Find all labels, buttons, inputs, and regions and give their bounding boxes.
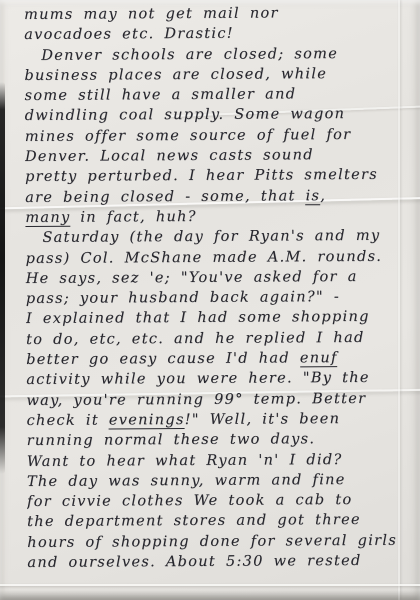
line-text: pass; your husband back again?" - (26, 289, 340, 307)
letter-line: better go easy cause I'd had enuf (26, 348, 418, 371)
letter-line: and ourselves. About 5:30 we rested (27, 551, 419, 574)
letter-line: hours of shopping done for several girls (27, 530, 419, 553)
letter-line: way, you're running 99° temp. Better (26, 388, 418, 411)
underlined-word: is (305, 188, 320, 205)
letter-line: He says, sez 'e; "You've asked for a (26, 266, 418, 289)
line-text: are being closed - some, that (25, 188, 305, 206)
letter-line: many in fact, huh? (25, 206, 417, 229)
letter-line: mums may not get mail nor (24, 3, 416, 26)
letter-line: activity while you were here. "By the (26, 368, 418, 391)
underlined-word: enuf (300, 350, 338, 367)
letter-line: for civvie clothes We took a cab to (27, 490, 419, 513)
letter-line: Want to hear what Ryan 'n' I did? (27, 449, 419, 472)
letter-scan-page: mums may not get mail noravocadoes etc. … (0, 0, 420, 600)
letter-line: the department stores and got three (27, 510, 419, 533)
line-text: in fact, huh? (70, 209, 196, 226)
line-text: check it (26, 412, 108, 429)
letter-line: dwindling coal supply. Some wagon (25, 104, 417, 127)
line-text: dwindling coal supply. Some wagon (25, 107, 346, 125)
line-text: and ourselves. About 5:30 we rested (27, 553, 361, 571)
letter-line: are being closed - some, that is, (25, 185, 417, 208)
letter-line: avocadoes etc. Drastic! (24, 23, 416, 46)
letter-body: mums may not get mail noravocadoes etc. … (24, 3, 419, 574)
letter-line: Saturday (the day for Ryan's and my (25, 226, 417, 249)
letter-line: pass) Col. McShane made A.M. rounds. (25, 246, 417, 269)
underlined-word: many (25, 210, 70, 227)
line-text: to do, etc, etc. and he replied I had (26, 330, 365, 348)
line-text: The day was sunny, warm and fine (27, 472, 346, 490)
line-text: Denver. Local news casts sound (25, 147, 314, 165)
letter-line: pass; your husband back again?" - (26, 287, 418, 310)
line-text: He says, sez 'e; "You've asked for a (26, 269, 358, 287)
letter-line: check it evenings!" Well, it's been (26, 409, 418, 432)
line-text: hours of shopping done for several girls (27, 532, 397, 550)
letter-line: mines offer some source of fuel for (25, 124, 417, 147)
line-text: some still have a smaller and (25, 87, 297, 105)
line-text: !" Well, it's been (185, 411, 341, 428)
crease-bottom (0, 584, 420, 586)
line-text: better go easy cause I'd had (26, 350, 300, 368)
letter-line: I explained that I had some shopping (26, 307, 418, 330)
line-text: Saturday (the day for Ryan's and my (42, 228, 380, 246)
letter-line: The day was sunny, warm and fine (27, 469, 419, 492)
line-text: I explained that I had some shopping (26, 309, 370, 327)
line-text: mines offer some source of fuel for (25, 127, 352, 145)
line-text: for civvie clothes We took a cab to (27, 492, 353, 510)
line-text: mums may not get mail nor (24, 5, 279, 23)
line-text: pretty perturbed. I hear Pitts smelters (25, 167, 378, 185)
letter-line: running normal these two days. (27, 429, 419, 452)
underlined-word: evenings (109, 412, 185, 429)
line-text: activity while you were here. "By the (26, 370, 370, 388)
line-text: running normal these two days. (27, 431, 316, 449)
line-text: pass) Col. McShane made A.M. rounds. (26, 248, 383, 266)
letter-line: pretty perturbed. I hear Pitts smelters (25, 165, 417, 188)
line-text: way, you're running 99° temp. Better (26, 391, 366, 409)
letter-line: business places are closed, while (24, 63, 416, 86)
line-text: avocadoes etc. Drastic! (24, 26, 234, 43)
letter-line: Denver schools are closed; some (24, 43, 416, 66)
letter-line: Denver. Local news casts sound (25, 145, 417, 168)
paper-bottom-edge-shadow (0, 590, 420, 600)
line-text: business places are closed, while (24, 66, 327, 84)
scan-edge-shadow (0, 82, 5, 474)
line-text: the department stores and got three (27, 512, 361, 530)
letter-line: to do, etc, etc. and he replied I had (26, 327, 418, 350)
line-text: Want to hear what Ryan 'n' I did? (27, 452, 343, 470)
line-text: Denver schools are closed; some (41, 46, 338, 64)
letter-line: some still have a smaller and (24, 84, 416, 107)
line-text: , (320, 188, 326, 204)
